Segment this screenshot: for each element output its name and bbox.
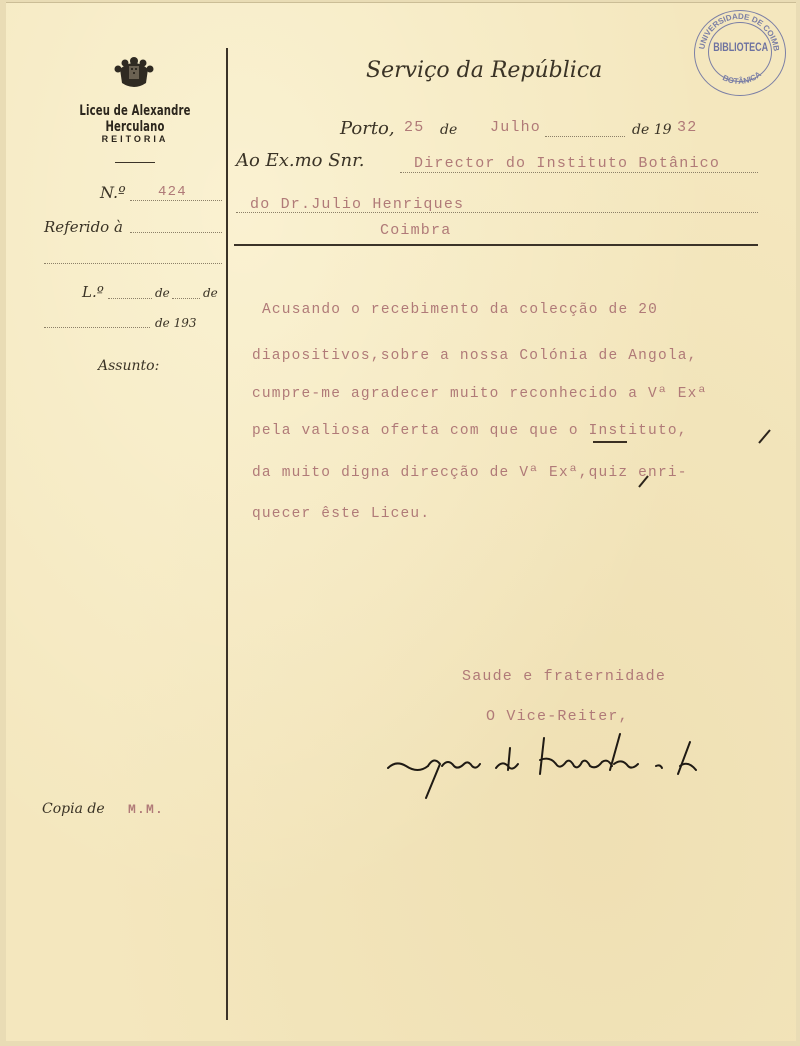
number-value: 424	[158, 184, 187, 200]
date-month: Julho	[490, 119, 541, 136]
body-line-2: diapositivos,sobre a nossa Colónia de An…	[252, 348, 698, 364]
closing-title: O Vice-Reiter,	[486, 708, 629, 725]
addressee-line-2: do Dr.Julio Henriques	[250, 196, 464, 213]
lo-de-1: de	[155, 286, 170, 300]
handwritten-underline	[593, 441, 627, 443]
date-dotted-line	[545, 136, 625, 137]
coat-of-arms-icon	[112, 55, 156, 91]
copia-value: M.M.	[128, 802, 164, 817]
addressee-line-3: Coimbra	[380, 222, 451, 239]
assunto-label: Assunto:	[98, 358, 159, 374]
lo-de-2: de	[203, 286, 218, 300]
lo-label: L.º	[82, 283, 104, 301]
number-label: N.º	[100, 183, 126, 202]
body-line-6: quecer êste Liceu.	[252, 506, 430, 522]
column-divider	[226, 48, 228, 1020]
header-rule	[234, 244, 758, 246]
lo-dotted-line-2	[172, 298, 200, 299]
body-line-4: pela valiosa oferta com que que o Instit…	[252, 423, 688, 439]
year-dotted-line	[44, 327, 150, 328]
year-prefix: de 193	[155, 316, 197, 330]
closing-greeting: Saude e fraternidade	[462, 668, 666, 685]
department-label: REITORIA	[40, 134, 230, 144]
number-dotted-line	[130, 200, 222, 201]
date-de-1: de	[440, 122, 457, 138]
date-place: Porto,	[340, 118, 395, 139]
page-title: Serviço da República	[366, 58, 602, 83]
date-year: 32	[677, 119, 697, 136]
stamp-center-text: BIBLIOTECA	[713, 42, 764, 54]
copia-label: Copia de	[42, 801, 105, 817]
divider	[115, 162, 155, 163]
addressee-line-1: Director do Instituto Botânico	[414, 155, 720, 172]
school-name: Liceu de Alexandre Herculano	[67, 103, 204, 135]
svg-text:BOTÂNICA: BOTÂNICA	[721, 70, 763, 86]
addressee-dotted-line-1	[400, 172, 758, 173]
salutation: Ao Ex.mo Snr.	[236, 150, 364, 171]
body-line-3: cumpre-me agradecer muito reconhecido a …	[252, 386, 707, 402]
referido-dotted-line-2	[44, 263, 222, 264]
body-line-1: Acusando o recebimento da colecção de 20	[262, 302, 658, 318]
handwritten-comma-icon	[756, 428, 772, 446]
referido-label: Referido à	[44, 218, 123, 236]
handwritten-comma-icon	[636, 474, 650, 490]
lo-dotted-line	[108, 298, 152, 299]
body-line-5: da muito digna direcção de Vª Exª,quiz e…	[252, 465, 688, 481]
referido-dotted-line	[130, 232, 222, 233]
signature-icon	[384, 730, 744, 805]
date-day: 25	[404, 119, 424, 136]
date-de-2: de 19	[632, 122, 672, 138]
